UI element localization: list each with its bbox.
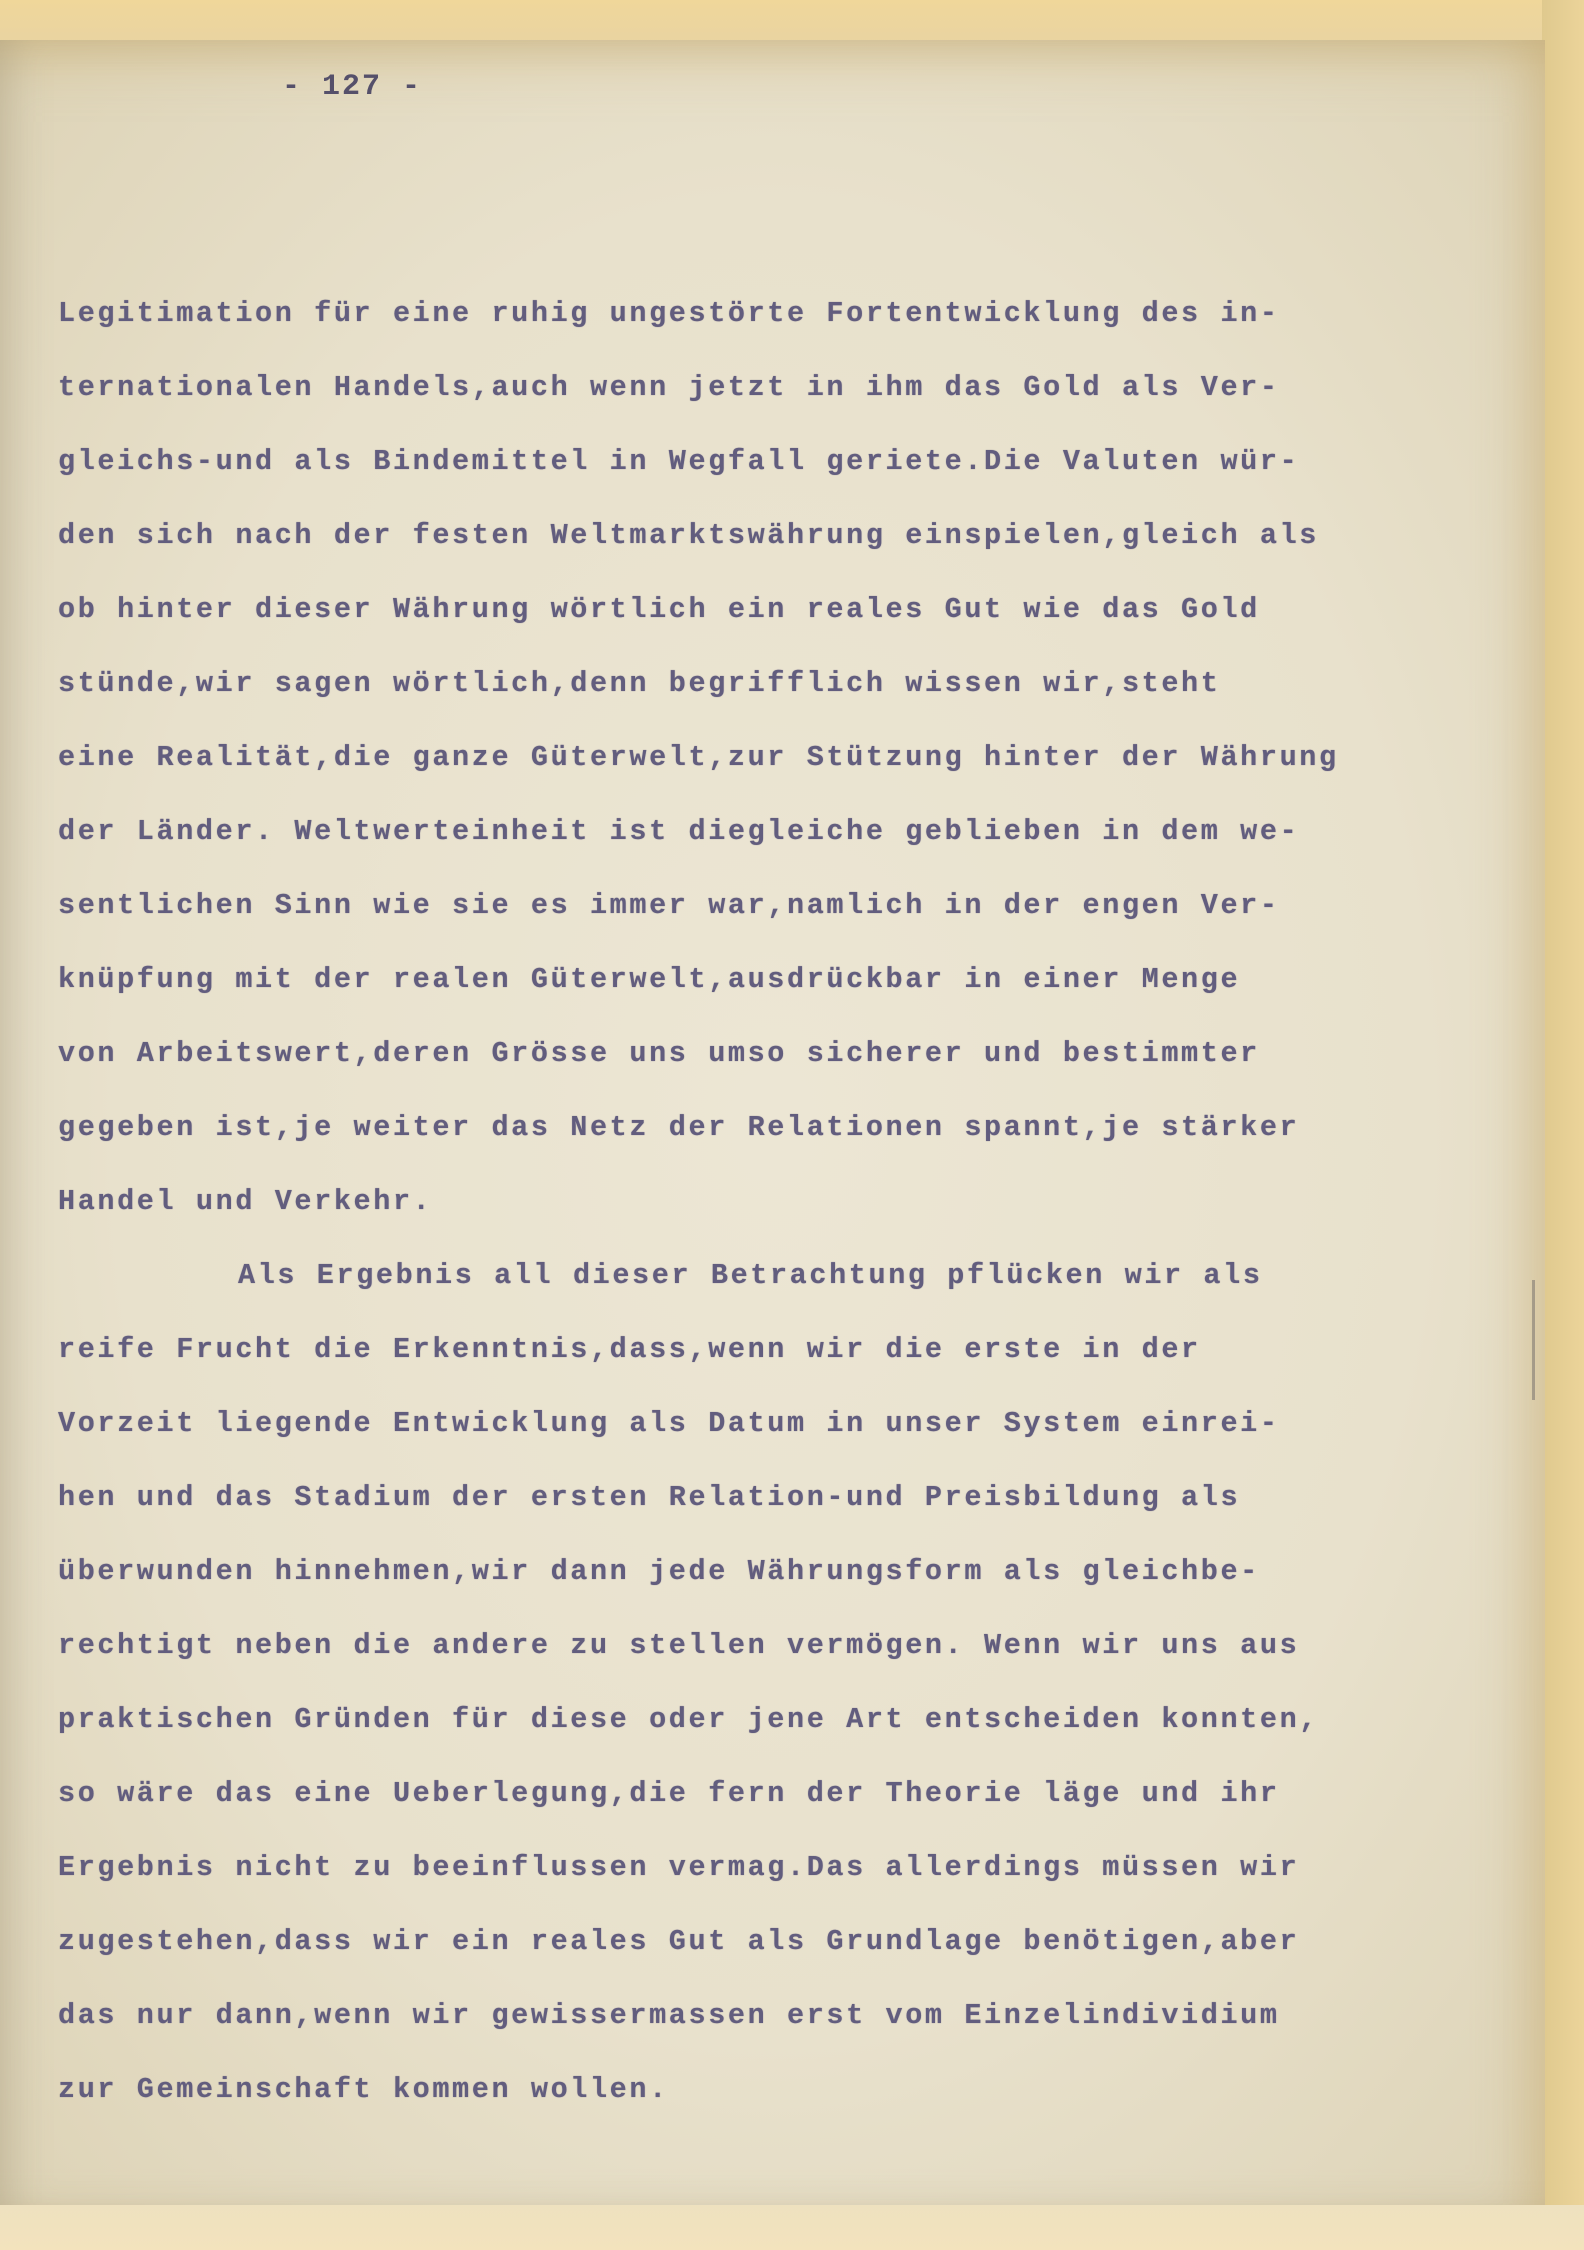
text-line: reife Frucht die Erkenntnis,dass,wenn wi… (58, 1333, 1201, 1366)
text-line: stünde,wir sagen wörtlich,denn begriffli… (58, 667, 1220, 700)
text-line: zugestehen,dass wir ein reales Gut als G… (58, 1925, 1299, 1958)
page-number: - 127 - (282, 70, 422, 104)
text-line: praktischen Gründen für diese oder jene … (58, 1703, 1319, 1736)
text-line: ternationalen Handels,auch wenn jetzt in… (58, 371, 1280, 404)
text-line: überwunden hinnehmen,wir dann jede Währu… (58, 1555, 1260, 1588)
text-line: gleichs-und als Bindemittel in Wegfall g… (58, 445, 1299, 478)
text-line: so wäre das eine Ueberlegung,die fern de… (58, 1777, 1280, 1810)
text-line: der Länder. Weltwerteinheit ist diegleic… (58, 815, 1299, 848)
text-line: von Arbeitswert,deren Grösse uns umso si… (58, 1037, 1260, 1070)
text-line: Legitimation für eine ruhig ungestörte F… (58, 297, 1280, 330)
text-line: das nur dann,wenn wir gewissermassen ers… (58, 1999, 1280, 2032)
pencil-margin-mark (1532, 1280, 1535, 1400)
text-line: gegeben ist,je weiter das Netz der Relat… (58, 1111, 1299, 1144)
scan-right-edge (1542, 0, 1584, 2250)
text-line: den sich nach der festen Weltmarktswähru… (58, 519, 1319, 552)
text-line: rechtigt neben die andere zu stellen ver… (58, 1629, 1299, 1662)
text-line: sentlichen Sinn wie sie es immer war,nam… (58, 889, 1280, 922)
text-line: ob hinter dieser Währung wörtlich ein re… (58, 593, 1260, 626)
text-line: knüpfung mit der realen Güterwelt,ausdrü… (58, 963, 1240, 996)
scan-bottom-edge (0, 2205, 1584, 2250)
text-line: Vorzeit liegende Entwicklung als Datum i… (58, 1407, 1280, 1440)
text-line: zur Gemeinschaft kommen wollen. (58, 2073, 669, 2106)
text-line: Ergebnis nicht zu beeinflussen vermag.Da… (58, 1851, 1299, 1884)
text-line: hen und das Stadium der ersten Relation-… (58, 1481, 1240, 1514)
text-line: Handel und Verkehr. (58, 1185, 432, 1218)
text-line: eine Realität,die ganze Güterwelt,zur St… (58, 741, 1339, 774)
paragraph-start-line: Als Ergebnis all dieser Betrachtung pflü… (238, 1259, 1263, 1292)
